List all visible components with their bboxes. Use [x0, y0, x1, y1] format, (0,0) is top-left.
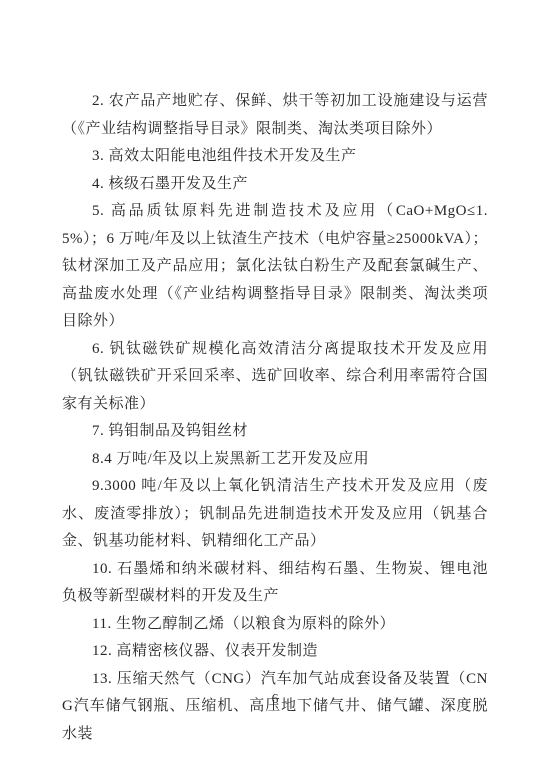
list-item-6: 6. 钒钛磁铁矿规模化高效清洁分离提取技术开发及应用（钒钛磁铁矿开采回采率、选矿… — [62, 336, 488, 419]
list-item-5: 5. 高品质钛原料先进制造技术及应用（CaO+MgO≤1.5%）；6 万吨/年及… — [62, 198, 488, 336]
list-item-2: 2. 农产品产地贮存、保鲜、烘干等初加工设施建设与运营（《产业结构调整指导目录》… — [62, 88, 488, 143]
document-page: 2. 农产品产地贮存、保鲜、烘干等初加工设施建设与运营（《产业结构调整指导目录》… — [0, 0, 550, 777]
list-item-12: 12. 高精密核仪器、仪表开发制造 — [62, 638, 488, 666]
list-item-11: 11. 生物乙醇制乙烯（以粮食为原料的除外） — [62, 611, 488, 639]
list-item-10: 10. 石墨烯和纳米碳材料、细结构石墨、生物炭、锂电池负极等新型碳材料的开发及生… — [62, 556, 488, 611]
list-item-7: 7. 钨钼制品及钨钼丝材 — [62, 418, 488, 446]
list-item-8: 8.4 万吨/年及以上炭黑新工艺开发及应用 — [62, 446, 488, 474]
list-item-9: 9.3000 吨/年及以上氧化钒清洁生产技术开发及应用（废水、废渣零排放）；钒制… — [62, 473, 488, 556]
list-item-4: 4. 核级石墨开发及生产 — [62, 171, 488, 199]
document-body: 2. 农产品产地贮存、保鲜、烘干等初加工设施建设与运营（《产业结构调整指导目录》… — [62, 88, 488, 748]
page-number: 6 — [0, 691, 550, 707]
list-item-3: 3. 高效太阳能电池组件技术开发及生产 — [62, 143, 488, 171]
